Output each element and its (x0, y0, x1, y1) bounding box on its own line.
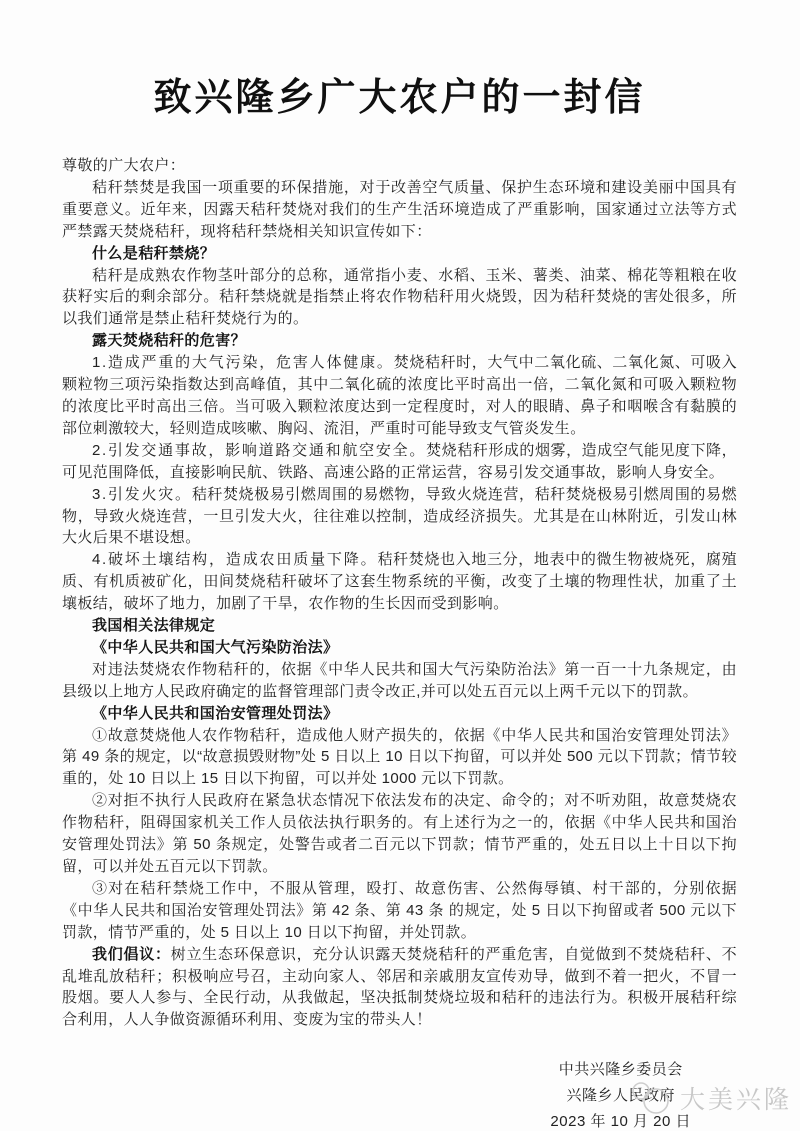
harm-item-1: 1.造成严重的大气污染，危害人体健康。焚烧秸秆时，大气中二氧化硫、二氧化氮、可吸… (62, 352, 737, 440)
law1-paragraph: 对违法焚烧农作物秸秆的，依据《中华人民共和国大气污染防治法》第一百一十九条规定，… (62, 659, 737, 703)
law2-item-3: ③对在秸秆禁烧工作中，不服从管理，殴打、故意伤害、公然侮辱镇、村干部的，分别依据… (62, 878, 737, 944)
harm-item-1-lead: 1.造成严重的大气污染，危害人体健康。 (92, 354, 394, 371)
letter-page: 致兴隆乡广大农户的一封信 尊敬的广大农户： 秸秆禁焚是我国一项重要的环保措施，对… (0, 0, 800, 1131)
section-heading-harm: 露天焚烧秸秆的危害？ (62, 330, 737, 352)
harm-item-2-lead: 2.引发交通事故，影响道路交通和航空安全。 (92, 442, 426, 459)
watermark-label: 大美兴隆 (680, 1080, 792, 1116)
law1-title: 《中华人民共和国大气污染防治法》 (62, 637, 737, 659)
salutation: 尊敬的广大农户： (62, 155, 737, 177)
proposal-lead: 我们倡议： (92, 946, 171, 963)
harm-item-3: 3.引发火灾。秸秆焚烧极易引燃周围的易燃物，导致火烧连营，秸秆焚烧极易引燃周围的… (62, 484, 737, 550)
harm-item-4: 4.破坏土壤结构，造成农田质量下降。秸秆焚烧也入地三分，地表中的微生物被烧死，腐… (62, 549, 737, 615)
harm-item-2: 2.引发交通事故，影响道路交通和航空安全。焚烧秸秆形成的烟雾，造成空气能见度下降… (62, 440, 737, 484)
section-heading-law: 我国相关法律规定 (62, 615, 737, 637)
law2-title: 《中华人民共和国治安管理处罚法》 (62, 703, 737, 725)
proposal-paragraph: 我们倡议：树立生态环保意识，充分认识露天焚烧秸秆的严重危害，自觉做到不焚烧秸秆、… (62, 944, 737, 1032)
page-title: 致兴隆乡广大农户的一封信 (62, 66, 737, 121)
watermark: 大美兴隆 (628, 1079, 792, 1117)
harm-item-3-lead: 3.引发火灾。 (92, 486, 192, 503)
what-is-ban-paragraph: 秸秆是成熟农作物茎叶部分的总称，通常指小麦、水稻、玉米、薯类、油菜、棉花等粗粮在… (62, 265, 737, 331)
intro-paragraph: 秸秆禁焚是我国一项重要的环保措施，对于改善空气质量、保护生态环境和建设美丽中国具… (62, 177, 737, 243)
section-heading-what-is-ban: 什么是秸秆禁烧？ (62, 243, 737, 265)
law2-item-2: ②对拒不执行人民政府在紧急状态情况下依法发布的决定、命令的；对不听劝阻，故意焚烧… (62, 790, 737, 878)
watermark-logo-icon (628, 1079, 674, 1117)
law2-item-1: ①故意焚烧他人农作物秸秆，造成他人财产损失的，依据《中华人民共和国治安管理处罚法… (62, 725, 737, 791)
harm-item-4-lead: 4.破坏土壤结构，造成农田质量下降。 (92, 551, 377, 568)
letter-content: 致兴隆乡广大农户的一封信 尊敬的广大农户： 秸秆禁焚是我国一项重要的环保措施，对… (0, 0, 800, 1131)
